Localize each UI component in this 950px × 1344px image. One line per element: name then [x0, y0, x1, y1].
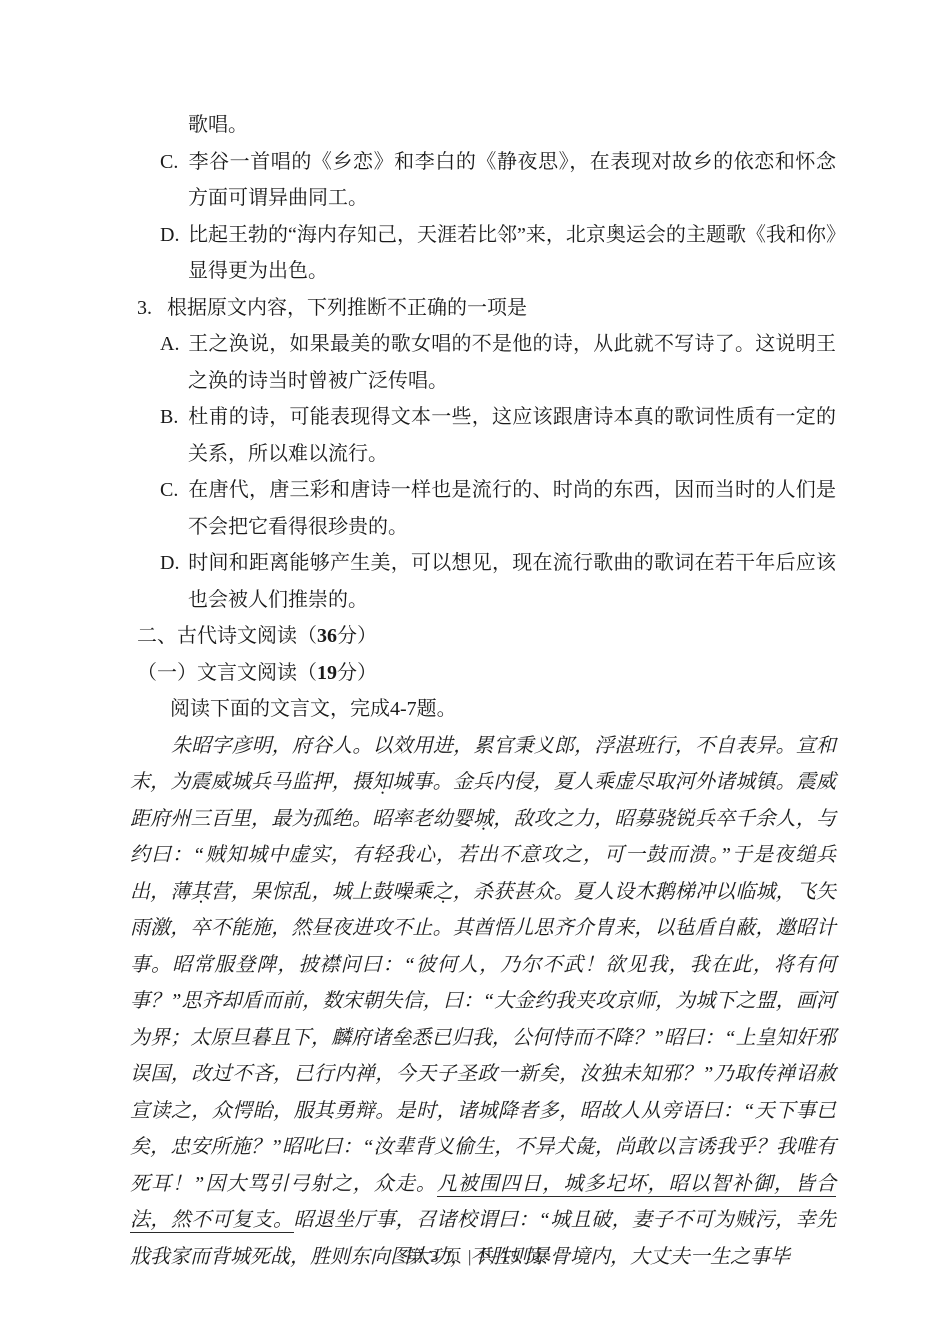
question-stem: 根据原文内容，下列推断不正确的一项是	[167, 297, 527, 319]
q2-option-d: D.比起王勃的“海内存知己，天涯若比邻”来，北京奥运会的主题歌《我和你》显得更为…	[130, 217, 836, 290]
section-heading-2: 二、古代诗文阅读（36分）	[137, 618, 836, 655]
option-label: A.	[130, 326, 188, 363]
section-heading-suffix: 分）	[337, 625, 377, 647]
option-label: C.	[130, 144, 188, 181]
passage-segment: 婴	[453, 808, 473, 830]
passage-segment: 乘	[413, 881, 433, 903]
option-label: D.	[130, 545, 188, 582]
q3-option-d: D.时间和距离能够产生美，可以想见，现在流行歌曲的歌词在若干年后应该也会被人们推…	[130, 545, 836, 618]
subsection-heading-1: （一）文言文阅读（19分）	[137, 655, 836, 692]
page-footer: 第 3 页 | 共 15 页	[0, 1242, 950, 1267]
q3-option-c: C.在唐代，唐三彩和唐诗一样也是流行的、时尚的东西，因而当时的人们是不会把它看得…	[130, 472, 836, 545]
question-3: 3.根据原文内容，下列推断不正确的一项是	[130, 290, 836, 327]
q3-option-b: B.杜甫的诗，可能表现得文本一些，这应该跟唐诗本真的歌词性质有一定的关系，所以难…	[130, 399, 836, 472]
passage-instruction: 阅读下面的文言文，完成4-7题。	[170, 691, 836, 728]
q3-option-a: A.王之涣说，如果最美的歌女唱的不是他的诗，从此就不写诗了。这说明王之涣的诗当时…	[130, 326, 836, 399]
option-text: 王之涣说，如果最美的歌女唱的不是他的诗，从此就不写诗了。这说明王之涣的诗当时曾被…	[188, 333, 836, 392]
option-label: D.	[130, 217, 188, 254]
subsection-heading-suffix: 分）	[337, 662, 377, 684]
option-label: B.	[130, 399, 188, 436]
option-text: 杜甫的诗，可能表现得文本一些，这应该跟唐诗本真的歌词性质有一定的关系，所以难以流…	[188, 406, 836, 465]
passage-segment: 摄	[352, 771, 372, 793]
passage-segment: 其营，果惊乱，城上鼓噪	[191, 881, 413, 903]
classical-passage: 朱昭字彦明，府谷人。以效用进，累官秉义郎，浮湛班行，不自表异。宣和末，为震威城兵…	[130, 728, 836, 1276]
page-content: 歌唱。 C.李谷一首唱的《乡恋》和李白的《静夜思》，在表现对故乡的依恋和怀念方面…	[130, 107, 836, 1275]
option-text: 时间和距离能够产生美，可以想见，现在流行歌曲的歌词在若干年后应该也会被人们推崇的…	[188, 552, 836, 611]
option-text: 比起王勃的“海内存知己，天涯若比邻”来，北京奥运会的主题歌《我和你》显得更为出色…	[188, 224, 836, 283]
q2-option-c: C.李谷一首唱的《乡恋》和李白的《静夜思》，在表现对故乡的依恋和怀念方面可谓异曲…	[130, 144, 836, 217]
passage-segment: 薄	[170, 881, 190, 903]
option-label: C.	[130, 472, 188, 509]
section-score: 36	[317, 625, 337, 647]
option-text: 李谷一首唱的《乡恋》和李白的《静夜思》，在表现对故乡的依恋和怀念方面可谓异曲同工…	[188, 151, 836, 210]
exam-page: 歌唱。 C.李谷一首唱的《乡恋》和李白的《静夜思》，在表现对故乡的依恋和怀念方面…	[0, 0, 950, 1344]
option-text: 在唐代，唐三彩和唐诗一样也是流行的、时尚的东西，因而当时的人们是不会把它看得很珍…	[188, 479, 836, 538]
passage-segment: 之，杀获甚众。夏人设木鹅梯冲以临城，飞矢雨激，卒不能施，然昼夜进攻不止。其酋悟儿…	[130, 881, 836, 1195]
option-continuation-line: 歌唱。	[188, 107, 836, 144]
subsection-heading-text: （一）文言文阅读（	[137, 662, 317, 684]
question-number: 3.	[130, 290, 167, 327]
section-heading-text: 二、古代诗文阅读（	[137, 625, 317, 647]
subsection-score: 19	[317, 662, 337, 684]
